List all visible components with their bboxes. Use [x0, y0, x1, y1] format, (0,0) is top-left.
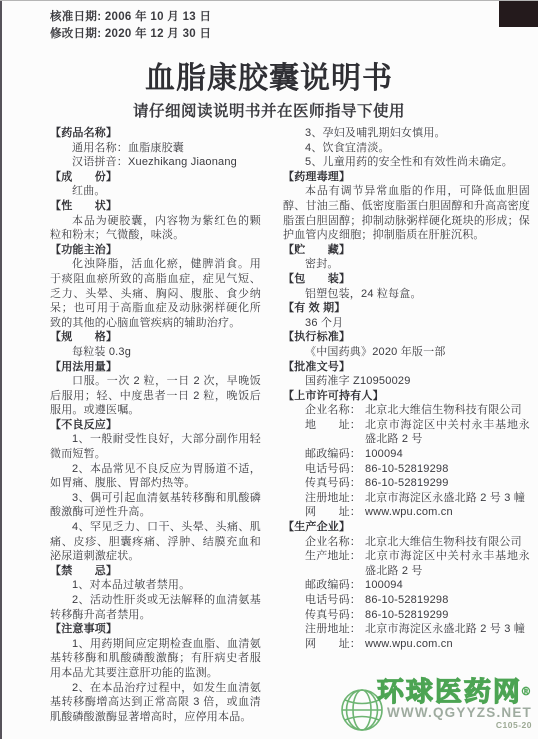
section-heading: 【用法用量】 — [50, 360, 261, 375]
scan-edge-line — [0, 1, 2, 739]
section-heading: 【药理毒理】 — [283, 170, 530, 185]
paragraph: 本品有调节异常血脂的作用，可降低血胆固醇、甘油三酯、低密度脂蛋白胆固醇和升高高密… — [283, 184, 530, 242]
paragraph: 《中国药典》2020 年版一部 — [283, 345, 530, 360]
field-value: 北京北大维信生物科技有限公司 — [365, 403, 530, 418]
field-row: 网 址：www.wpu.com.cn — [283, 505, 530, 520]
field-row: 电话号码：86-10-52819298 — [283, 462, 530, 477]
paragraph: 36 个月 — [283, 316, 530, 331]
paragraph: 口服。一次 2 粒，一日 2 次，早晚饭后服用；轻、中度患者一日 2 粒，晚饭后… — [50, 374, 261, 418]
package-insert-page: 核准日期: 2006 年 10 月 13 日 修改日期: 2020 年 12 月… — [0, 0, 538, 739]
paragraph: 1、用药期间应定期检查血脂、血清氨基转移酶和肌酸磷酸激酶；有肝病史者服用本品尤其… — [50, 637, 261, 681]
field-value: www.wpu.com.cn — [365, 637, 530, 652]
field-value: 86-10-52819299 — [365, 608, 530, 623]
field-value: 100094 — [365, 447, 530, 462]
field-value: 北京市海淀区中关村永丰基地永盛北路 2 号 — [365, 549, 530, 578]
field-value: www.wpu.com.cn — [365, 505, 530, 520]
paragraph: 2、本品常见不良反应为胃肠道不适，如胃痛、腹胀、胃部灼热等。 — [50, 462, 261, 491]
field-label: 网 址： — [305, 505, 361, 520]
left-column: 【药品名称】通用名称：血脂康胶囊汉语拼音：Xuezhikang Jiaonang… — [50, 126, 261, 724]
section-heading: 【包 装】 — [283, 272, 530, 287]
section-heading: 【药品名称】 — [50, 126, 261, 141]
field-label: 注册地址： — [305, 491, 361, 506]
field-label: 企业名称： — [305, 403, 361, 418]
paragraph: 1、对本品过敏者禁用。 — [50, 578, 261, 593]
paragraph: 3、孕妇及哺乳期妇女慎用。 — [283, 126, 530, 141]
field-label: 生产地址： — [305, 549, 361, 578]
field-value: 86-10-52819298 — [365, 462, 530, 477]
field-row: 企业名称：北京北大维信生物科技有限公司 — [283, 535, 530, 550]
header: 核准日期: 2006 年 10 月 13 日 修改日期: 2020 年 12 月… — [0, 1, 538, 121]
paragraph: 1、一般耐受性良好，大部分副作用轻微而短暂。 — [50, 432, 261, 461]
paragraph: 红曲。 — [50, 184, 261, 199]
field-label: 邮政编码： — [305, 447, 361, 462]
field-label: 传真号码： — [305, 476, 361, 491]
paragraph: 铝塑包装，24 粒每盒。 — [283, 287, 530, 302]
insert-body: 【药品名称】通用名称：血脂康胶囊汉语拼音：Xuezhikang Jiaonang… — [0, 121, 538, 724]
section-heading: 【贮 藏】 — [283, 243, 530, 258]
section-heading: 【生产企业】 — [283, 520, 530, 535]
paragraph: 2、活动性肝炎或无法解释的血清氨基转移酶升高者禁用。 — [50, 593, 261, 622]
paragraph: 4、饮食宜清淡。 — [283, 141, 530, 156]
field-row: 注册地址：北京市海淀区永盛北路 2 号 3 幢 — [283, 622, 530, 637]
revision-date: 修改日期: 2020 年 12 月 30 日 — [50, 26, 530, 43]
section-heading: 【规 格】 — [50, 330, 261, 345]
field-row: 传真号码：86-10-52819299 — [283, 476, 530, 491]
field-value: 北京市海淀区永盛北路 2 号 3 幢 — [365, 491, 530, 506]
paragraph: 通用名称：血脂康胶囊 — [50, 141, 261, 156]
field-value: 北京市海淀区中关村永丰基地永盛北路 2 号 — [365, 418, 530, 447]
paragraph: 5、儿童用药的安全性和有效性尚未确定。 — [283, 155, 530, 170]
field-value: 86-10-52819298 — [365, 593, 530, 608]
scan-corner-block — [499, 1, 538, 27]
paragraph: 每粒装 0.3g — [50, 345, 261, 360]
field-label: 企业名称： — [305, 535, 361, 550]
section-heading: 【注意事项】 — [50, 622, 261, 637]
paragraph: 国药准字 Z10950029 — [283, 374, 530, 389]
paragraph: 3、偶可引起血清氨基转移酶和肌酸磷酸激酶可逆性升高。 — [50, 491, 261, 520]
field-row: 邮政编码：100094 — [283, 447, 530, 462]
field-label: 注册地址： — [305, 622, 361, 637]
paragraph: 4、罕见乏力、口干、头晕、头痛、肌痛、皮疹、胆囊疼痛、浮肿、结膜充血和泌尿道刺激… — [50, 520, 261, 564]
page-title: 血脂康胶囊说明书 — [8, 53, 530, 97]
section-heading: 【性 状】 — [50, 199, 261, 214]
section-heading: 【不良反应】 — [50, 418, 261, 433]
paragraph: 密封。 — [283, 257, 530, 272]
section-heading: 【有 效 期】 — [283, 301, 530, 316]
field-label: 传真号码： — [305, 608, 361, 623]
field-row: 电话号码：86-10-52819298 — [283, 593, 530, 608]
section-heading: 【功能主治】 — [50, 243, 261, 258]
approval-date: 核准日期: 2006 年 10 月 13 日 — [50, 9, 530, 26]
field-row: 地 址：北京市海淀区中关村永丰基地永盛北路 2 号 — [283, 418, 530, 447]
field-row: 生产地址：北京市海淀区中关村永丰基地永盛北路 2 号 — [283, 549, 530, 578]
section-heading: 【执行标准】 — [283, 330, 530, 345]
field-row: 邮政编码：100094 — [283, 578, 530, 593]
date-block: 核准日期: 2006 年 10 月 13 日 修改日期: 2020 年 12 月… — [50, 9, 530, 43]
field-value: 86-10-52819299 — [365, 476, 530, 491]
section-heading: 【禁 忌】 — [50, 564, 261, 579]
field-label: 网 址： — [305, 637, 361, 652]
field-label: 地 址： — [305, 418, 361, 447]
field-row: 注册地址：北京市海淀区永盛北路 2 号 3 幢 — [283, 491, 530, 506]
field-value: 北京北大维信生物科技有限公司 — [365, 535, 530, 550]
field-row: 传真号码：86-10-52819299 — [283, 608, 530, 623]
paragraph: 本品为硬胶囊，内容物为紫红色的颗粒和粉末；气微酸，味淡。 — [50, 214, 261, 243]
page-subtitle: 请仔细阅读说明书并在医师指导下使用 — [8, 99, 530, 121]
field-row: 网 址：www.wpu.com.cn — [283, 637, 530, 652]
field-value: 北京市海淀区永盛北路 2 号 3 幢 — [365, 622, 530, 637]
paragraph: 汉语拼音：Xuezhikang Jiaonang — [50, 155, 261, 170]
section-heading: 【上市许可持有人】 — [283, 389, 530, 404]
section-heading: 【成 份】 — [50, 170, 261, 185]
field-row: 企业名称：北京北大维信生物科技有限公司 — [283, 403, 530, 418]
field-value: 100094 — [365, 578, 530, 593]
paragraph: 2、在本品治疗过程中，如发生血清氨基转移酶增高达到正常高限 3 倍，或血清肌酸磷… — [50, 681, 261, 725]
section-heading: 【批准文号】 — [283, 360, 530, 375]
paragraph: 化浊降脂，活血化瘀，健脾消食。用于痰阻血瘀所致的高脂血症，症见气短、乏力、头晕、… — [50, 257, 261, 330]
field-label: 电话号码： — [305, 462, 361, 477]
right-column: 3、孕妇及哺乳期妇女慎用。4、饮食宜清淡。5、儿童用药的安全性和有效性尚未确定。… — [283, 126, 530, 724]
field-label: 邮政编码： — [305, 578, 361, 593]
field-label: 电话号码： — [305, 593, 361, 608]
